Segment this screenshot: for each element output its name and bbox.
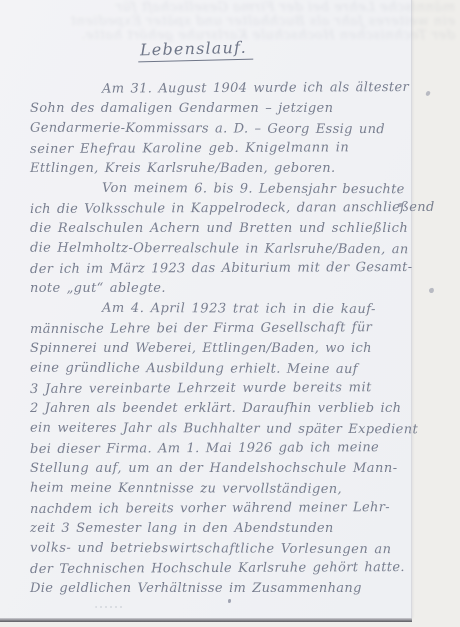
handwriting-line: Die geldlichen Verhältnisse im Zusammenh…	[30, 579, 406, 599]
handwriting-line: 2 Jahren als beendet erklärt. Daraufhin …	[30, 399, 406, 419]
ghost-line: ein weiteres Jahr als Buchhalter und spä…	[0, 14, 455, 28]
handwriting-line: Spinnerei und Weberei, Ettlingen/Baden, …	[30, 339, 406, 359]
handwriting-line: ich die Volksschule in Kappelrodeck, dar…	[30, 198, 406, 220]
handwriting-line: nachdem ich bereits vorher während meine…	[30, 498, 406, 520]
paper-bottom-edge	[0, 618, 412, 622]
handwriting-line: eine gründliche Ausbildung erhielt. Mein…	[30, 359, 406, 381]
handwriting-line: die Helmholtz-Oberrealschule in Karlsruh…	[30, 239, 406, 261]
document-title: Lebenslauf.	[138, 38, 253, 63]
scan-speck	[428, 287, 434, 293]
handwriting-line: Am 4. April 1923 trat ich in die kauf-	[30, 299, 406, 321]
handwriting-line: männische Lehre bei der Firma Gesellscha…	[30, 318, 406, 340]
handwritten-text-block: Am 31. August 1904 wurde ich als älteste…	[30, 79, 406, 599]
handwriting-line: Stellung auf, um an der Handelshochschul…	[30, 459, 406, 479]
handwriting-line: Sohn des damaligen Gendarmen – jetzigen	[30, 99, 406, 119]
handwriting-line: Von meinem 6. bis 9. Lebensjahr besuchte	[30, 179, 406, 201]
paper-sheet: männische Lehre bei der Firma Gesellscha…	[0, 0, 412, 618]
scanned-document: männische Lehre bei der Firma Gesellscha…	[0, 0, 460, 627]
handwriting-line: 3 Jahre vereinbarte Lehrzeit wurde berei…	[30, 378, 406, 400]
scan-speck	[228, 599, 231, 603]
handwriting-line: der Technischen Hochschule Karlsruhe geh…	[30, 558, 406, 580]
handwriting-line: Am 31. August 1904 wurde ich als älteste…	[30, 78, 406, 100]
handwriting-line: der ich im März 1923 das Abiturium mit d…	[30, 258, 406, 280]
handwriting-line: Ettlingen, Kreis Karlsruhe/Baden, gebore…	[30, 159, 406, 179]
handwriting-line: bei dieser Firma. Am 1. Mai 1926 gab ich…	[30, 438, 406, 460]
scan-speck	[425, 90, 430, 96]
handwriting-line: heim meine Kenntnisse zu vervollständige…	[30, 479, 406, 501]
handwriting-line: Gendarmerie-Kommissars a. D. – Georg Ess…	[30, 119, 406, 141]
handwriting-line: note „gut“ ablegte.	[30, 279, 406, 299]
handwriting-line: volks- und betriebswirtschaftliche Vorle…	[30, 539, 406, 561]
handwriting-line: die Realschulen Achern und Bretten und s…	[30, 219, 406, 239]
handwriting-line: zeit 3 Semester lang in den Abendstunden	[30, 519, 406, 539]
ghost-line: männische Lehre bei der Firma Gesellscha…	[0, 0, 455, 14]
handwriting-line: ein weiteres Jahr als Buchhalter und spä…	[30, 419, 406, 441]
handwriting-line: seiner Ehefrau Karoline geb. Knigelmann …	[30, 138, 406, 160]
scan-speck	[95, 606, 123, 608]
